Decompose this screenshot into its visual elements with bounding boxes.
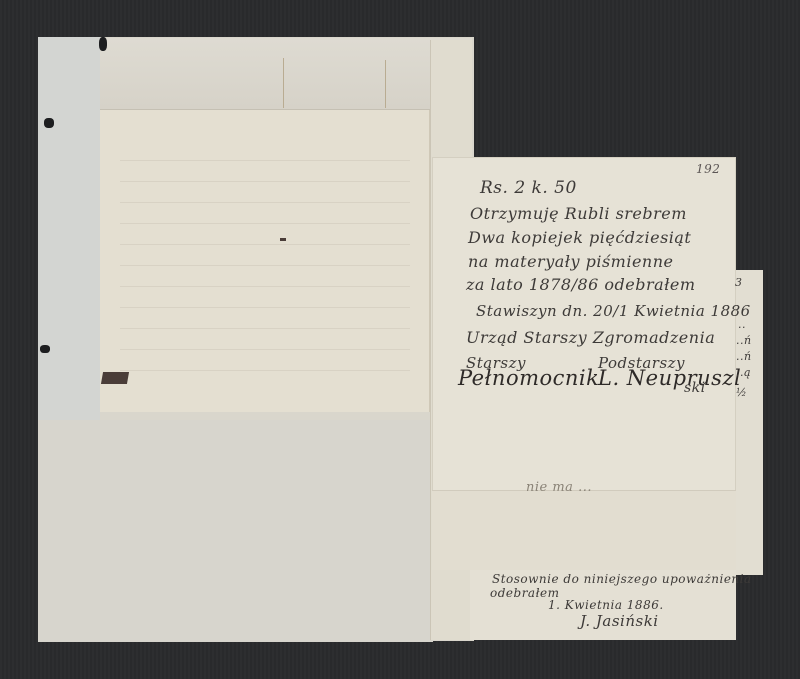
top-folded-strip — [100, 38, 472, 110]
amount-line: Rs. 2 k. 50 — [480, 178, 577, 198]
footer-signature: J. Jasiński — [580, 612, 659, 630]
receipt-line: Stawiszyn dn. 20/1 Kwietnia 1886 — [476, 302, 751, 320]
fold-line — [385, 60, 386, 108]
fold-line — [283, 58, 284, 108]
slip-mark: 3 — [735, 276, 743, 289]
receipt-line: Otrzymuję Rubli srebrem — [470, 204, 687, 223]
footer-line: Stosownie do niniejszego upoważnienia — [492, 572, 752, 586]
slip-mark: ..ą — [736, 366, 751, 379]
paper-damage — [99, 37, 107, 51]
paper-damage — [44, 118, 54, 128]
slip-mark: .. — [738, 318, 746, 331]
slip-mark: ..ń — [736, 334, 752, 347]
slip-mark: ½ — [736, 386, 747, 399]
left-paper-strip — [38, 37, 100, 422]
ink-dot — [280, 238, 286, 241]
receipt-line: za lato 1878/86 odebrałem — [466, 275, 696, 294]
ink-smudge — [101, 372, 129, 384]
signature-suffix: ski — [684, 380, 706, 396]
footer-date: 1. Kwietnia 1886. — [548, 598, 664, 612]
slip-mark: ..ń — [736, 350, 752, 363]
signature-left: Pełnomocnik — [458, 366, 599, 390]
receipt-line: Dwa kopiejek pięćdziesiąt — [468, 228, 691, 247]
receipt-line: Urząd Starszy Zgromadzenia — [466, 328, 715, 347]
signature-right: L. Neupruszl — [598, 366, 741, 390]
paper-damage — [40, 345, 50, 353]
lower-left-paper — [38, 420, 433, 642]
faded-handwriting-lines — [120, 140, 410, 380]
receipt-lower-fold — [432, 490, 736, 570]
mid-note: nie ma ... — [526, 480, 592, 495]
page-number: 192 — [696, 162, 720, 176]
receipt-line: na materyały piśmienne — [468, 252, 673, 271]
